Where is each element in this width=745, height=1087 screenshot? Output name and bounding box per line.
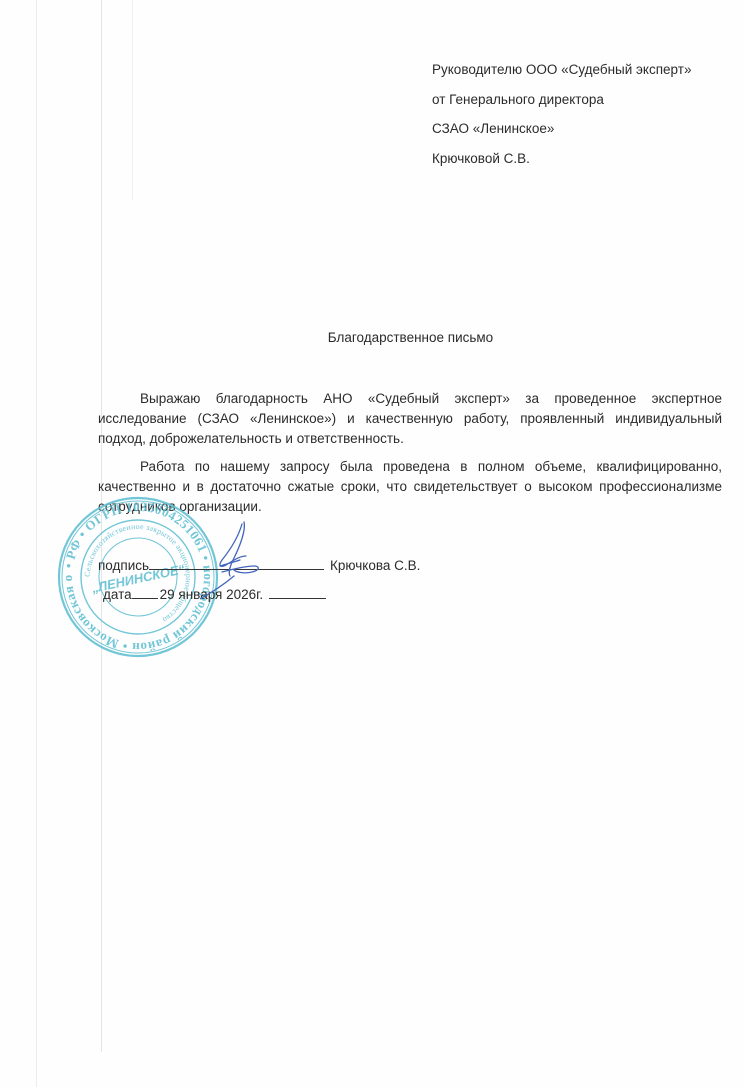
paragraph-text: Выражаю благодарность АНО «Судебный эксп… [98,389,722,449]
date-label: дата [103,587,132,602]
date-blank-line [132,584,158,599]
body-paragraph-1: Выражаю благодарность АНО «Судебный эксп… [98,389,722,449]
addressee-line: Руководителю ООО «Судебный эксперт» [432,60,691,90]
handwritten-signature [200,520,320,605]
letter-title: Благодарственное письмо [0,330,745,345]
addressee-block: Руководителю ООО «Судебный эксперт» от Г… [432,60,691,178]
scan-artifact-line [132,0,133,200]
scan-artifact-line [36,0,37,1087]
signer-name: Крючкова С.В. [330,558,420,573]
document-page: Руководителю ООО «Судебный эксперт» от Г… [0,0,745,1087]
addressee-line: от Генерального директора [432,90,691,120]
company-seal-stamp: • РФ • ОГРН 1035004251061 • ногородский … [56,495,220,659]
addressee-line: СЗАО «Ленинское» [432,119,691,149]
signature-label: подпись [98,558,149,573]
addressee-line: Крючковой С.В. [432,149,691,179]
